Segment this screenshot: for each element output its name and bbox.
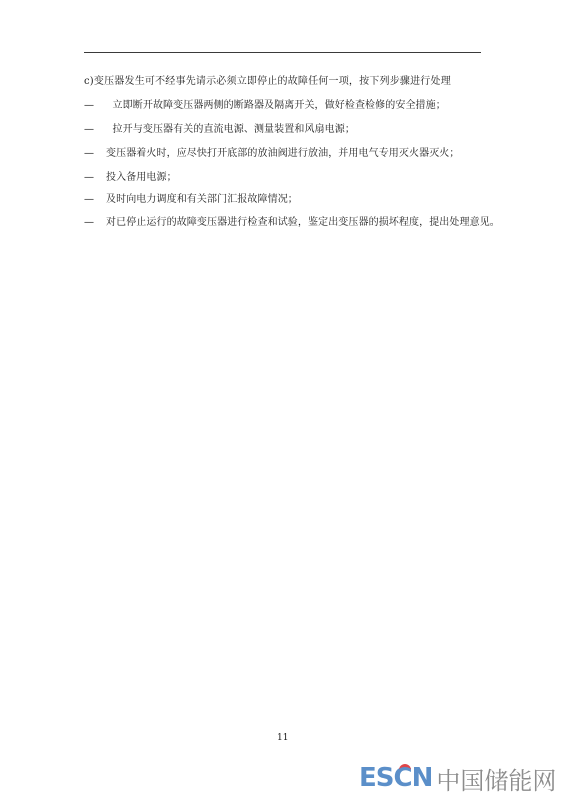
list-item: —投入备用电源； [84,168,177,183]
section-heading: c)变压器发生可不经事先请示必须立即停止的故障任何一项，按下列步骤进行处理 [84,72,451,87]
list-item-text: 变压器着火时，应尽快打开底部的放油阀进行放油，并用电气专用灭火器灭火； [106,148,460,159]
dash-bullet: — [84,194,106,205]
watermark-chinese: 中国储能网 [436,761,556,796]
dash-bullet: — [84,124,106,135]
dash-bullet: — [84,217,106,228]
list-item-text: 拉开与变压器有关的直流电源、测量装置和风扇电源； [106,124,355,135]
page-number: 11 [277,733,288,743]
list-item-text: 对已停止运行的故障变压器进行检查和试验，鉴定出变压器的损坏程度，提出处理意见。 [106,217,500,228]
dash-bullet: — [84,100,106,111]
list-item: —变压器着火时，应尽快打开底部的放油阀进行放油，并用电气专用灭火器灭火； [84,144,460,159]
header-rule [84,52,481,53]
list-item-text: 投入备用电源； [106,172,177,183]
list-item-text: 及时向电力调度和有关部门汇报故障情况； [106,194,298,205]
list-item: —对已停止运行的故障变压器进行检查和试验，鉴定出变压器的损坏程度，提出处理意见。 [84,213,500,228]
list-item: — 立即断开故障变压器两侧的断路器及隔离开关，做好检查检修的安全措施； [84,96,446,111]
watermark-c-with-arc: C [394,763,412,793]
escn-watermark-logo: ESCN 中国储能网 [359,763,556,793]
watermark-latin: ESCN [359,763,432,793]
dash-bullet: — [84,148,106,159]
list-item: —及时向电力调度和有关部门汇报故障情况； [84,190,298,205]
list-item-text: 立即断开故障变压器两侧的断路器及隔离开关，做好检查检修的安全措施； [106,100,446,111]
list-item: — 拉开与变压器有关的直流电源、测量装置和风扇电源； [84,120,355,135]
dash-bullet: — [84,172,106,183]
